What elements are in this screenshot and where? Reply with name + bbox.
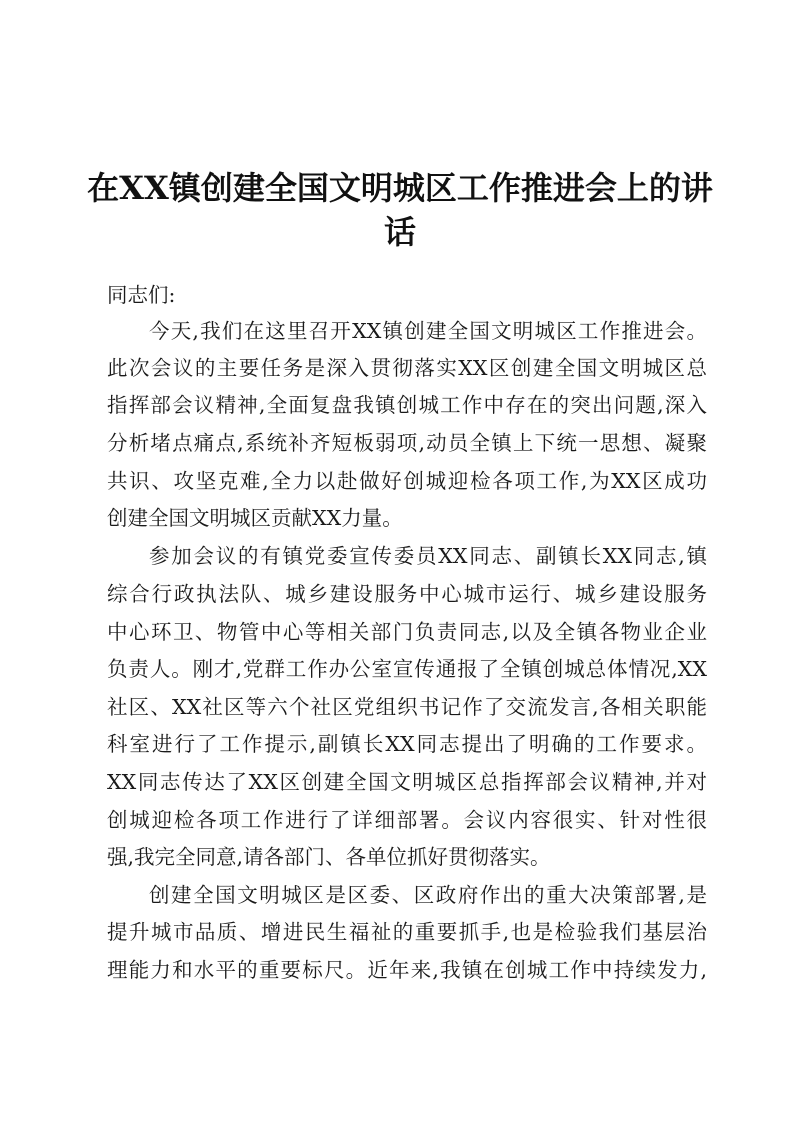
paragraph-2-line-7: XX同志传达了XX区创建全国文明城区总指挥部会议精神,并对 [107, 767, 707, 797]
paragraph-3-line-3: 理能力和水平的重要标尺。近年来,我镇在创城工作中持续发力, [107, 955, 707, 985]
paragraph-2-line-8: 创城迎检各项工作进行了详细部署。会议内容很实、针对性很 [107, 805, 707, 835]
salutation: 同志们: [107, 280, 707, 310]
paragraph-2-line-3: 中心环卫、物管中心等相关部门负责同志,以及全镇各物业企业 [107, 617, 707, 647]
paragraph-2-line-9: 强,我完全同意,请各部门、各单位抓好贯彻落实。 [107, 842, 707, 872]
paragraph-1-line-6: 创建全国文明城区贡献XX力量。 [107, 503, 707, 533]
paragraph-1-line-1: 今天,我们在这里召开XX镇创建全国文明城区工作推进会。 [149, 316, 707, 346]
document-page: 在XX镇创建全国文明城区工作推进会上的讲 话 同志们: 今天,我们在这里召开XX… [0, 0, 800, 1131]
paragraph-2-line-2: 综合行政执法队、城乡建设服务中心城市运行、城乡建设服务 [107, 579, 707, 609]
document-title-line-2: 话 [0, 212, 800, 252]
paragraph-2-line-6: 科室进行了工作提示,副镇长XX同志提出了明确的工作要求。 [107, 729, 707, 759]
paragraph-2-line-4: 负责人。刚才,党群工作办公室宣传通报了全镇创城总体情况,XX [107, 654, 707, 684]
paragraph-3-line-1: 创建全国文明城区是区委、区政府作出的重大决策部署,是 [149, 880, 707, 910]
paragraph-1-line-4: 分析堵点痛点,系统补齐短板弱项,动员全镇上下统一思想、凝聚 [107, 428, 707, 458]
paragraph-2-line-1: 参加会议的有镇党委宣传委员XX同志、副镇长XX同志,镇 [149, 541, 707, 571]
paragraph-2-line-5: 社区、XX社区等六个社区党组织书记作了交流发言,各相关职能 [107, 692, 707, 722]
paragraph-1-line-2: 此次会议的主要任务是深入贯彻落实XX区创建全国文明城区总 [107, 353, 707, 383]
paragraph-1-line-3: 指挥部会议精神,全面复盘我镇创城工作中存在的突出问题,深入 [107, 390, 707, 420]
document-title-line-1: 在XX镇创建全国文明城区工作推进会上的讲 [0, 168, 800, 208]
paragraph-3-line-2: 提升城市品质、增进民生福祉的重要抓手,也是检验我们基层治 [107, 917, 707, 947]
paragraph-1-line-5: 共识、攻坚克难,全力以赴做好创城迎检各项工作,为XX区成功 [107, 466, 707, 496]
